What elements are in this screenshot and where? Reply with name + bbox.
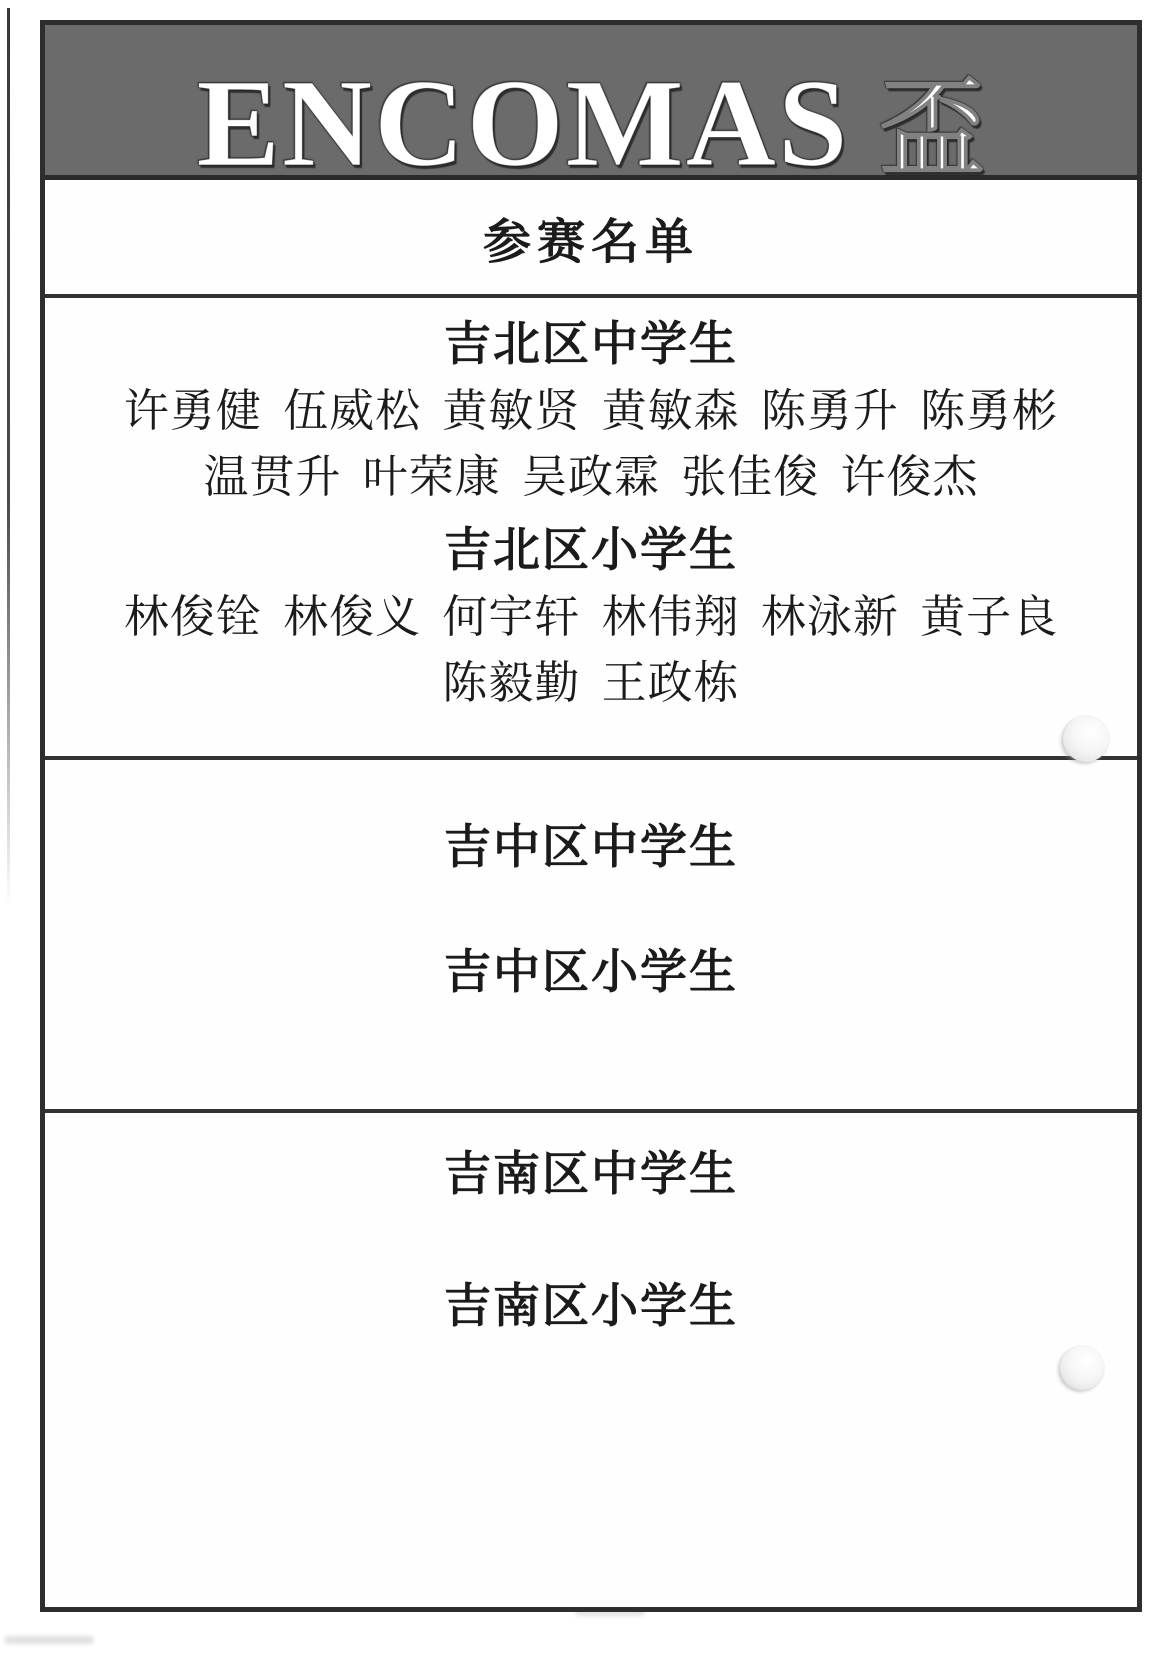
participant-list-document: ENCOMAS盃 参赛名单 吉北区中学生 许勇健 伍威松 黄敏贤 黄敏森 陈勇升… [40, 20, 1142, 1612]
scan-edge-artifact [7, 8, 10, 908]
participant-list-title-row: 参赛名单 [45, 180, 1137, 298]
group-heading-jinan-middle: 吉南区中学生 [45, 1142, 1137, 1208]
group-heading-jibei-middle: 吉北区中学生 [45, 312, 1137, 378]
title-cup-character: 盃 [879, 71, 985, 188]
names-line: 温贯升 叶荣康 吴政霖 张佳俊 许俊杰 [45, 444, 1137, 510]
hole-punch-bottom [1060, 1346, 1104, 1390]
section-jibei: 吉北区中学生 许勇健 伍威松 黄敏贤 黄敏森 陈勇升 陈勇彬 温贯升 叶荣康 吴… [45, 298, 1137, 760]
group-heading-jinan-primary: 吉南区小学生 [45, 1274, 1137, 1340]
title-latin: ENCOMAS [197, 55, 850, 193]
document-title: ENCOMAS盃 [197, 62, 986, 187]
names-line: 陈毅勤 王政栋 [45, 650, 1137, 716]
group-heading-jibei-primary: 吉北区小学生 [45, 518, 1137, 584]
names-line: 林俊铨 林俊义 何宇轩 林伟翔 林泳新 黄子良 [45, 584, 1137, 650]
group-heading-jizhong-primary: 吉中区小学生 [45, 940, 1137, 1006]
group-heading-jizhong-middle: 吉中区中学生 [45, 815, 1137, 881]
bleed-through-smudge [4, 1636, 94, 1644]
participant-list-title: 参赛名单 [483, 203, 699, 272]
names-line: 许勇健 伍威松 黄敏贤 黄敏森 陈勇升 陈勇彬 [45, 378, 1137, 444]
hole-punch-top [1063, 716, 1109, 762]
scanned-document-page: { "header": { "title_latin": "ENCOMAS", … [0, 0, 1165, 1653]
section-jizhong: 吉中区中学生 吉中区小学生 [45, 760, 1137, 1113]
trophy-header-band: ENCOMAS盃 [45, 25, 1137, 180]
section-jinan: 吉南区中学生 吉南区小学生 [45, 1113, 1137, 1607]
